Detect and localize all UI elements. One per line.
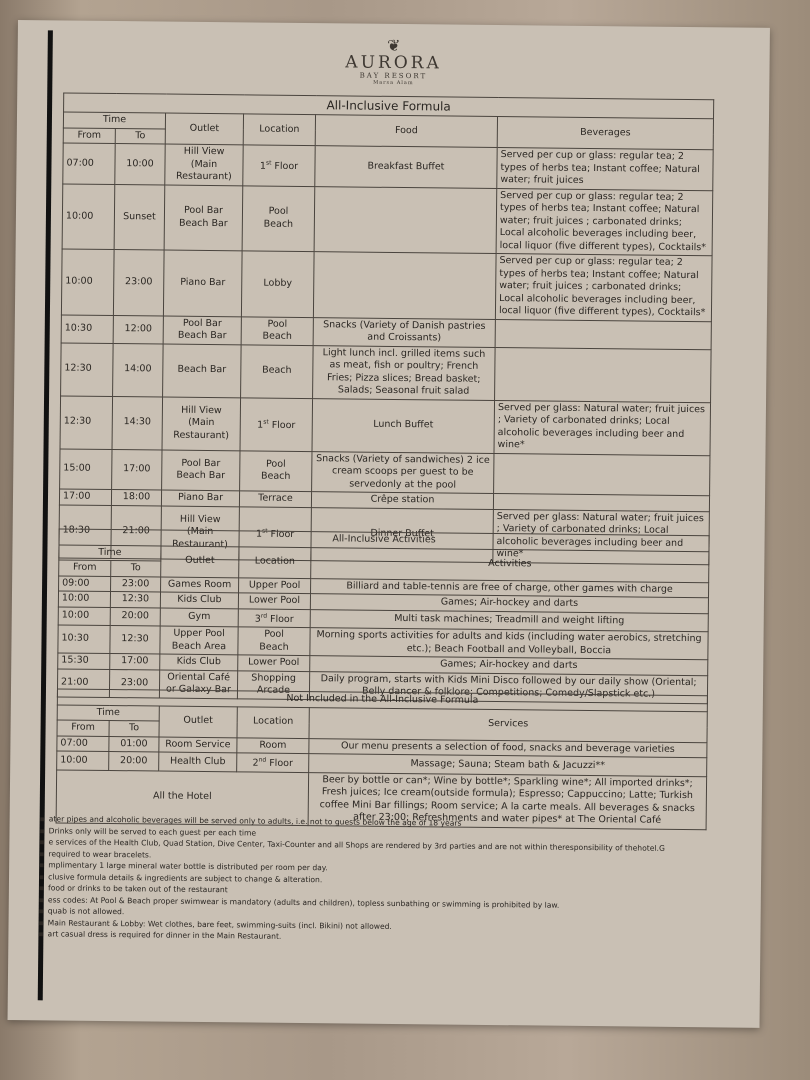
location: PoolBeach	[242, 185, 315, 251]
location: 1st Floor	[240, 397, 313, 451]
header-outlet: Outlet	[165, 113, 243, 145]
time-to: 12:00	[113, 315, 163, 344]
header-time: Time	[59, 544, 161, 561]
time-from: 15:30	[58, 653, 110, 669]
header-from: From	[63, 127, 115, 143]
beverages	[494, 453, 710, 496]
outlet: Pool BarBeach Bar	[162, 450, 240, 491]
location: Upper Pool	[239, 577, 311, 593]
location: Lower Pool	[238, 593, 310, 609]
outlet: Beach Bar	[163, 344, 242, 398]
header-outlet: Outlet	[161, 546, 239, 578]
food	[313, 252, 496, 319]
food	[314, 186, 497, 253]
location: Terrace	[239, 491, 311, 507]
time-to: 12:30	[110, 592, 160, 608]
header-location: Location	[243, 114, 315, 146]
outlet: Hill View(Main Restaurant)	[165, 144, 243, 185]
outlet: Room Service	[159, 737, 237, 753]
header-time: Time	[63, 112, 165, 129]
resort-logo: ❦ AURORA BAY RESORT Marsa Alam	[17, 34, 769, 90]
header-activities: Activities	[311, 547, 709, 582]
outlet: Pool BarBeach Bar	[164, 185, 243, 251]
beverages: Served per cup or glass: regular tea; 2 …	[497, 148, 713, 191]
table-row: 07:0010:00Hill View(Main Restaurant)1st …	[63, 143, 713, 190]
time-from: 10:30	[58, 625, 110, 654]
header-location: Location	[237, 706, 309, 738]
time-to: 14:00	[113, 343, 164, 397]
location: Lobby	[241, 251, 314, 317]
header-outlet: Outlet	[159, 706, 237, 738]
header-services: Services	[309, 707, 707, 742]
food: Light lunch incl. grilled items such as …	[313, 345, 496, 400]
location: 1st Floor	[243, 145, 315, 186]
time-to: 23:00	[113, 250, 164, 316]
outlet: Pool BarBeach Bar	[163, 316, 241, 345]
outlet: Piano Bar	[161, 490, 239, 506]
outlet: Hill View(Main Restaurant)	[162, 397, 241, 451]
time-from: 10:00	[58, 591, 110, 607]
time-from: 15:00	[60, 448, 112, 489]
food: Breakfast Buffet	[315, 146, 497, 188]
beverages	[495, 319, 711, 349]
table-row: 10:00SunsetPool BarBeach BarPoolBeachSer…	[62, 183, 713, 255]
outlet: Upper PoolBeach Area	[160, 626, 238, 655]
location: 3rd Floor	[238, 608, 310, 627]
outlet: Kids Club	[160, 654, 238, 670]
outlet: Health Club	[159, 752, 237, 771]
location: PoolBeach	[238, 627, 310, 656]
time-from: 10:00	[58, 606, 110, 625]
time-to: 18:00	[111, 490, 161, 506]
location: Beach	[241, 344, 314, 398]
menu-sheet: ❦ AURORA BAY RESORT Marsa Alam All-Inclu…	[8, 20, 770, 1028]
location: PoolBeach	[241, 316, 313, 345]
time-to: 01:00	[109, 736, 159, 752]
header-to: To	[111, 561, 161, 577]
header-to: To	[109, 720, 159, 736]
time-to: 17:00	[112, 449, 162, 490]
outlet: Kids Club	[160, 592, 238, 608]
time-to: 17:00	[110, 654, 160, 670]
time-to: Sunset	[114, 184, 165, 250]
beverages	[495, 347, 712, 402]
food: Lunch Buffet	[312, 398, 495, 453]
location: 2nd Floor	[237, 753, 309, 772]
not-included-table: Not Included in the All-Inclusive Formul…	[56, 688, 708, 829]
header-to: To	[115, 128, 165, 144]
header-from: From	[57, 720, 109, 736]
time-from: 09:00	[59, 575, 111, 591]
activities-table: All-Inclusive Activities Time Outlet Loc…	[57, 528, 710, 703]
beverages: Served per glass: Natural water; fruit j…	[494, 400, 711, 455]
header-time: Time	[57, 704, 159, 721]
time-to: 14:30	[112, 396, 163, 450]
formula-table: All-Inclusive Formula Time Outlet Locati…	[58, 92, 714, 564]
time-to: 10:00	[115, 144, 165, 185]
table-row: 10:0023:00Piano BarLobbyServed per cup o…	[61, 249, 712, 321]
time-to: 23:00	[111, 576, 161, 592]
time-from: 10:00	[62, 183, 115, 249]
table-row: 12:3014:00Beach BarBeachLight lunch incl…	[61, 342, 712, 402]
time-from: 07:00	[63, 143, 115, 184]
notes-list: ater pipes and alcoholic beverages will …	[38, 813, 759, 947]
beverages: Served per cup or glass: regular tea; 2 …	[495, 254, 712, 322]
time-from: 07:00	[57, 735, 109, 751]
location: PoolBeach	[240, 450, 312, 491]
beverages: Served per cup or glass: regular tea; 2 …	[496, 188, 713, 256]
header-beverages: Beverages	[497, 117, 713, 150]
time-from: 10:00	[57, 751, 109, 770]
outlet: Gym	[160, 608, 238, 627]
location: Room	[237, 737, 309, 753]
outlet: Piano Bar	[163, 250, 242, 316]
header-from: From	[59, 560, 111, 576]
header-food: Food	[315, 115, 497, 148]
time-from: 12:30	[60, 395, 113, 449]
time-from: 17:00	[59, 489, 111, 505]
time-to: 20:00	[110, 607, 160, 626]
activity: Morning sports activities for adults and…	[310, 628, 708, 660]
time-to: 20:00	[109, 751, 159, 770]
food: Snacks (Variety of Danish pastries and C…	[313, 317, 495, 347]
location: Lower Pool	[238, 655, 310, 671]
food: Snacks (Variety of sandwiches) 2 ice cre…	[312, 451, 494, 493]
time-from: 12:30	[61, 342, 114, 396]
table-row: 15:0017:00Pool BarBeach BarPoolBeachSnac…	[60, 448, 710, 495]
time-from: 10:30	[61, 314, 113, 343]
time-to: 12:30	[110, 626, 160, 655]
table-row: 12:3014:30Hill View(Main Restaurant)1st …	[60, 395, 711, 455]
time-from: 10:00	[61, 249, 114, 315]
header-location: Location	[239, 546, 311, 578]
outlet: Games Room	[161, 577, 239, 593]
